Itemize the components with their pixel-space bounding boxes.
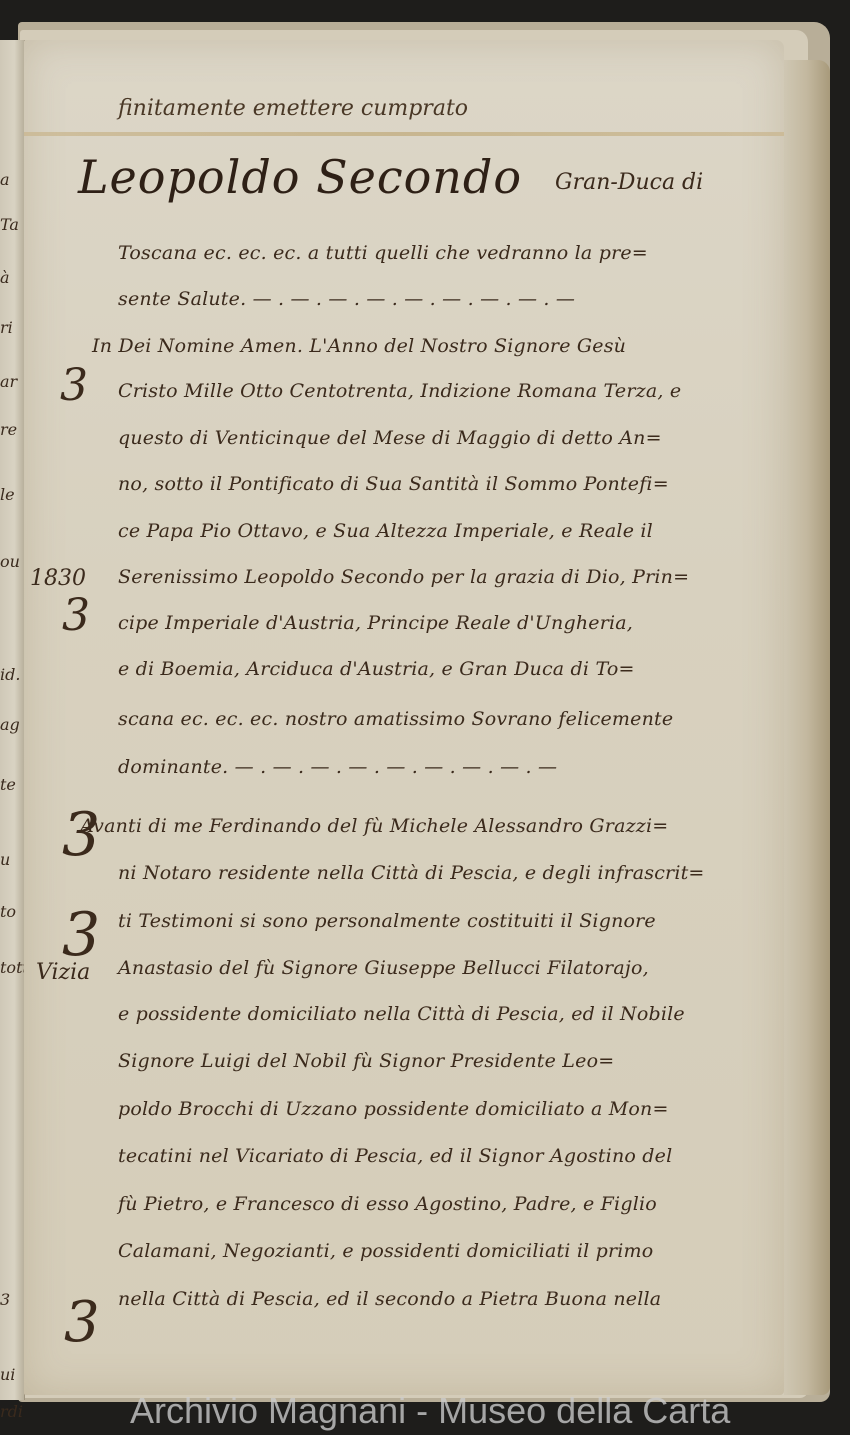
text-line: fù Pietro, e Francesco di esso Agostino,… [118,1193,850,1215]
margin-flourish: 3 [62,590,90,641]
text-line: Anastasio del fù Signore Giuseppe Belluc… [118,957,850,979]
text-line: e di Boemia, Arciduca d'Austria, e Gran … [118,658,850,680]
text-line: Toscana ec. ec. ec. a tutti quelli che v… [118,242,850,264]
margin-fragment: te [0,775,24,794]
text-line: no, sotto il Pontificato di Sua Santità … [118,473,850,495]
text-line: Avanti di me Ferdinando del fù Michele A… [80,815,850,837]
text-line: dominante. — . — . — . — . — . — . — . —… [118,756,850,778]
margin-fragment: ou [0,552,24,571]
text-line: ti Testimoni si sono personalmente costi… [118,910,850,932]
text-line: tecatini nel Vicariato di Pescia, ed il … [118,1145,850,1167]
margin-fragment: à [0,268,24,287]
text-line: sente Salute. — . — . — . — . — . — . — … [118,288,850,310]
text-line: cipe Imperiale d'Austria, Principe Reale… [118,612,850,634]
margin-fragment: ar [0,372,24,391]
margin-fragment: le [0,485,24,504]
margin-fragment: ri [0,318,24,337]
margin-fragment: a [0,170,24,189]
margin-flourish: 3 [60,360,88,411]
margin-fragment: rdi [0,1402,24,1421]
text-line: Serenissimo Leopoldo Secondo per la graz… [118,566,850,588]
margin-date: 1830 [30,566,86,591]
margin-fragment: Vizia [36,960,90,985]
text-line: scana ec. ec. ec. nostro amatissimo Sovr… [118,708,850,730]
margin-fragment: totto [0,958,24,977]
text-line: e possidente domiciliato nella Città di … [118,1003,850,1025]
text-line: In Dei Nomine Amen. L'Anno del Nostro Si… [92,335,850,357]
page-fold-line [24,132,784,136]
text-line: ni Notaro residente nella Città di Pesci… [118,862,850,884]
text-line: Signore Luigi del Nobil fù Signor Presid… [118,1050,850,1072]
document-title: Leopoldo Secondo [78,150,522,204]
text-line: Calamani, Negozianti, e possidenti domic… [118,1240,850,1262]
margin-fragment: Ta [0,215,24,234]
margin-fragment: 3 [0,1290,24,1309]
text-line: nella Città di Pescia, ed il secondo a P… [118,1288,850,1310]
margin-fragment: u [0,850,24,869]
text-line: questo di Venticinque del Mese di Maggio… [118,427,850,449]
left-facing-page: a Ta à ri ar re le ou id. ag te u to tot… [0,40,25,1400]
margin-flourish: 3 [64,1290,100,1355]
previous-page-text-fragment: finitamente emettere cumprato [118,96,468,121]
margin-fragment: re [0,420,24,439]
document-title-suffix: Gran-Duca di [555,170,703,195]
text-line: poldo Brocchi di Uzzano possidente domic… [118,1098,850,1120]
text-line: ce Papa Pio Ottavo, e Sua Altezza Imperi… [118,520,850,542]
margin-fragment: ui [0,1365,24,1384]
archive-watermark: Archivio Magnani - Museo della Carta [130,1390,850,1432]
margin-fragment: id. [0,665,24,684]
text-line: Cristo Mille Otto Centotrenta, Indizione… [118,380,850,402]
margin-fragment: to [0,902,24,921]
margin-fragment: ag [0,715,24,734]
